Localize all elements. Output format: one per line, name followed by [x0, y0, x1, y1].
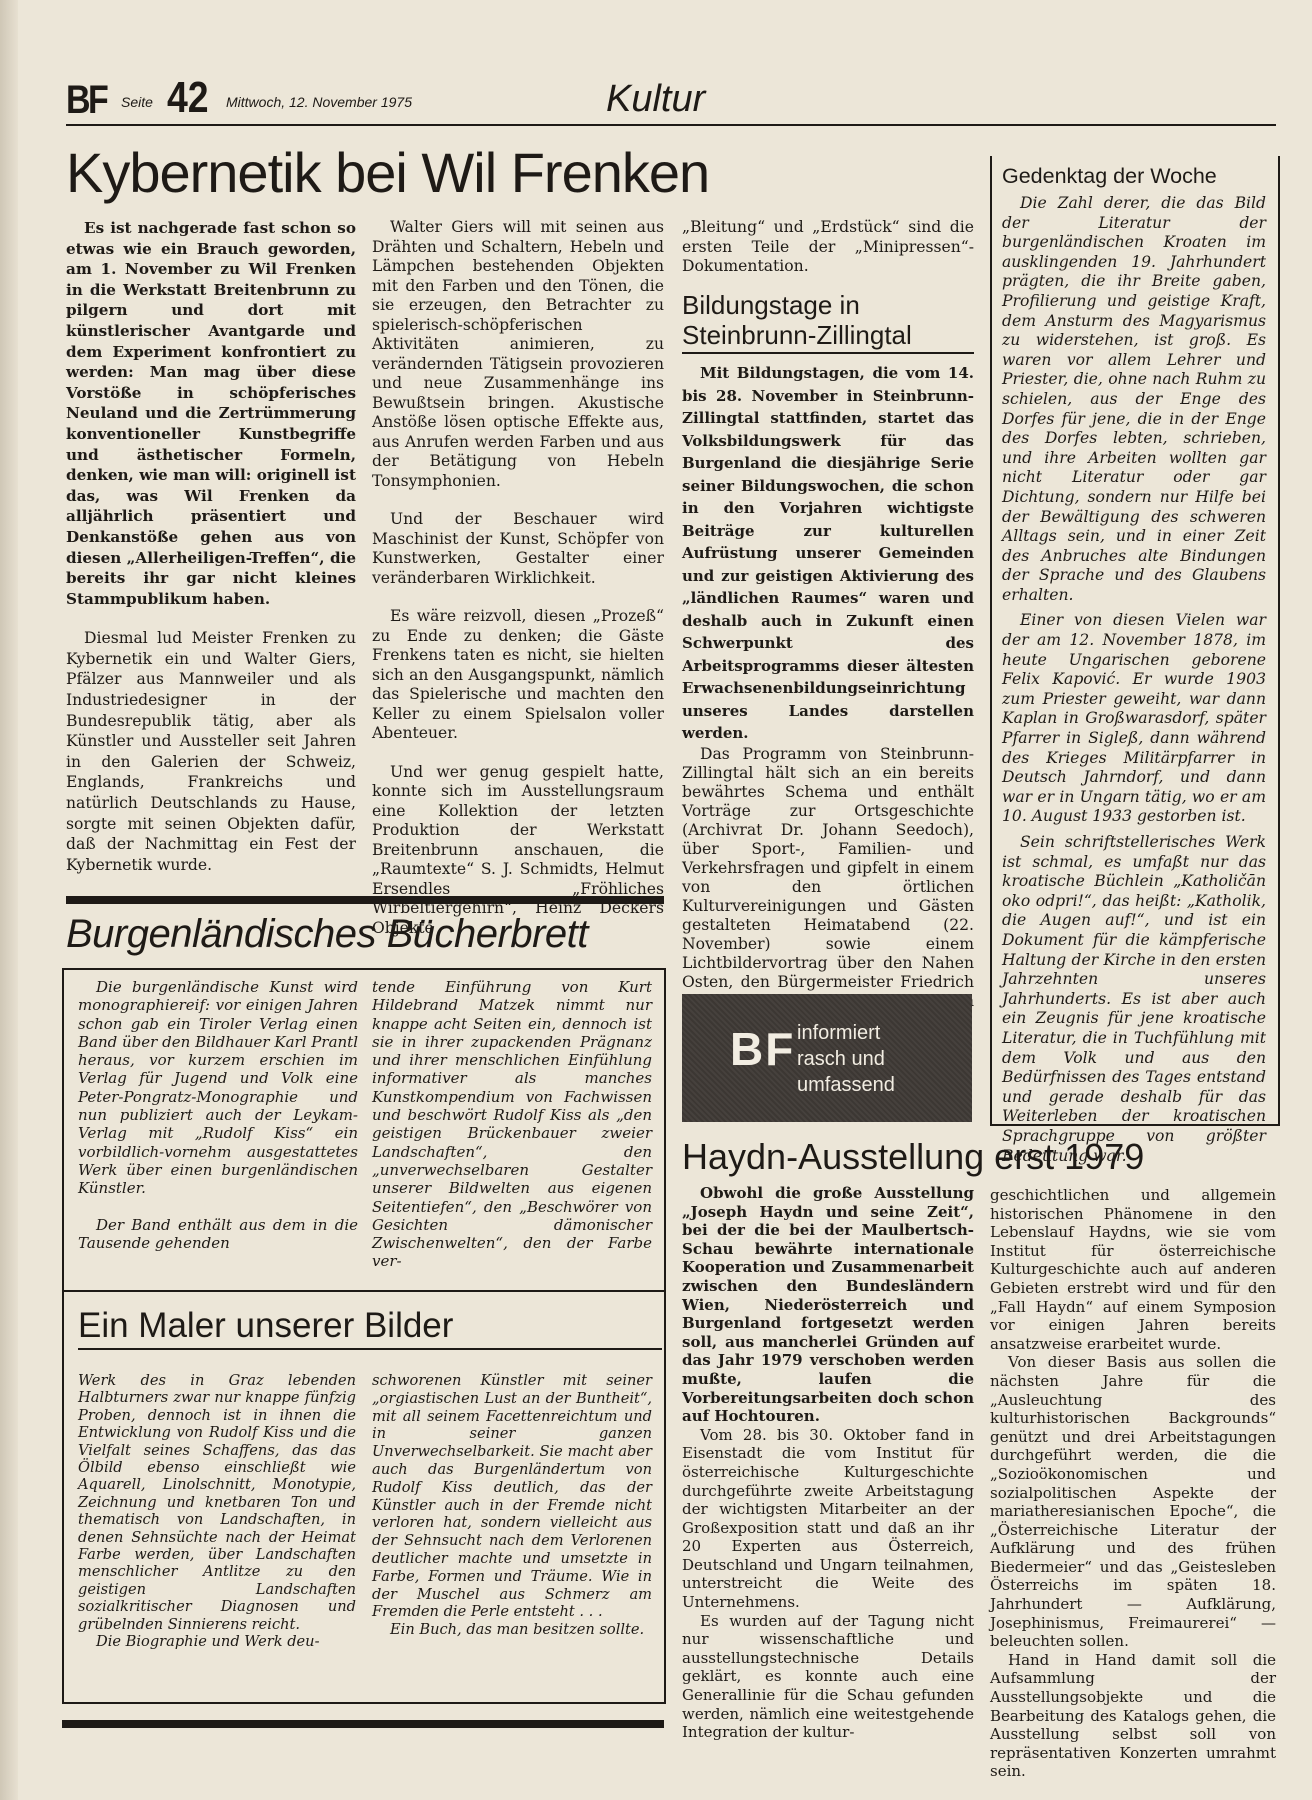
- maler-top-rule: [62, 1290, 664, 1292]
- haydn-lead: Obwohl die große Ausstellung „Joseph Hay…: [682, 1184, 974, 1426]
- kybernetik-paragraph: Und der Beschauer wird Maschinist der Ku…: [372, 510, 664, 588]
- gedenktag-paragraph: Die Zahl derer, die das Bild der Literat…: [1002, 194, 1266, 605]
- kybernetik-column-3: „Bleitung“ und „Erdstück“ sind die erste…: [682, 218, 974, 277]
- headline-gedenktag: Gedenktag der Woche: [1002, 164, 1217, 189]
- maler-headline-rule: [78, 1348, 662, 1350]
- bildungstage-paragraph: Das Programm von Steinbrunn-Zillingtal h…: [682, 745, 974, 1030]
- advert-text: informiert rasch und umfassend: [797, 1020, 895, 1098]
- advert-line: umfassend: [797, 1072, 895, 1098]
- maler-column-2: schworenen Künstler mit seiner „orgiasti…: [372, 1372, 652, 1639]
- kybernetik-column-2: Walter Giers will mit seinen aus Drähten…: [372, 218, 664, 938]
- issue-date: Mittwoch, 12. November 1975: [226, 94, 412, 110]
- buecherbrett-paragraph: tende Einführung von Kurt Hildebrand Mat…: [372, 978, 652, 1271]
- maler-paragraph: schworenen Künstler mit seiner „orgiasti…: [372, 1372, 652, 1621]
- advert-logo: BF: [730, 1026, 795, 1072]
- haydn-column-1: Obwohl die große Ausstellung „Joseph Hay…: [682, 1184, 974, 1742]
- gedenktag-paragraph: Einer von diesen Vielen war der am 12. N…: [1002, 611, 1266, 827]
- haydn-paragraph: Es wurden auf der Tagung nicht nur wisse…: [682, 1612, 974, 1742]
- bottom-divider-thick: [62, 1720, 664, 1728]
- bildungstage-body: Mit Bildungstagen, die vom 14. bis 28. N…: [682, 362, 974, 1030]
- page-number: 42: [167, 76, 209, 120]
- buecherbrett-paragraph: Die burgenländische Kunst wird monograph…: [78, 978, 358, 1198]
- gedenktag-body: Die Zahl derer, die das Bild der Literat…: [1002, 194, 1266, 1166]
- haydn-paragraph: geschichtlichen und allgemein historisch…: [990, 1186, 1276, 1353]
- section-title: Kultur: [606, 78, 705, 121]
- headline-buecherbrett: Burgenländisches Bücherbrett: [66, 912, 588, 957]
- maler-paragraph: Ein Buch, das man besitzen sollte.: [372, 1621, 652, 1639]
- advert-line: rasch und: [797, 1046, 895, 1072]
- haydn-paragraph: Hand in Hand damit soll die Aufsammlung …: [990, 1651, 1276, 1781]
- headline-bildungstage-line2: Steinbrunn-Zillingtal: [682, 320, 974, 350]
- page-edge: [0, 0, 18, 1800]
- buecherbrett-column-2: tende Einführung von Kurt Hildebrand Mat…: [372, 978, 652, 1271]
- headline-bildungstage: Bildungstage in Steinbrunn-Zillingtal: [682, 290, 974, 350]
- kybernetik-lead: Es ist nachgerade fast schon so etwas wi…: [66, 218, 356, 609]
- masthead-logo: BF: [66, 80, 106, 120]
- headline-kybernetik: Kybernetik bei Wil Frenken: [66, 140, 709, 205]
- headline-maler: Ein Maler unserer Bilder: [78, 1306, 453, 1346]
- haydn-paragraph: Von dieser Basis aus sollen die nächsten…: [990, 1353, 1276, 1651]
- haydn-column-2: geschichtlichen und allgemein historisch…: [990, 1186, 1276, 1781]
- kybernetik-column-1: Es ist nachgerade fast schon so etwas wi…: [66, 218, 356, 875]
- gedenktag-paragraph: Sein schriftstellerisches Werk ist schma…: [1002, 833, 1266, 1166]
- bildungstage-rule: [682, 352, 974, 354]
- bildungstage-lead: Mit Bildungstagen, die vom 14. bis 28. N…: [682, 362, 974, 745]
- kybernetik-paragraph: Walter Giers will mit seinen aus Drähten…: [372, 218, 664, 491]
- buecherbrett-column-1: Die burgenländische Kunst wird monograph…: [78, 978, 358, 1252]
- maler-paragraph: Die Biographie und Werk deu-: [78, 1633, 356, 1650]
- haydn-paragraph: Vom 28. bis 30. Oktober fand in Eisensta…: [682, 1426, 974, 1612]
- masthead: BF Seite 42 Mittwoch, 12. November 1975 …: [66, 78, 1276, 126]
- masthead-seite-label: Seite: [121, 94, 153, 110]
- maler-paragraph: Werk des in Graz lebenden Halbturners zw…: [78, 1372, 356, 1633]
- masthead-rule: [66, 124, 1276, 126]
- kybernetik-paragraph: Diesmal lud Meister Frenken zu Kyberneti…: [66, 628, 356, 875]
- maler-column-1: Werk des in Graz lebenden Halbturners zw…: [78, 1372, 356, 1651]
- buecherbrett-paragraph: Der Band enthält aus dem in die Tausende…: [78, 1216, 358, 1253]
- bf-advert: BF informiert rasch und umfassend: [682, 994, 972, 1122]
- section-divider-thick: [66, 896, 664, 904]
- headline-bildungstage-line1: Bildungstage in: [682, 290, 974, 320]
- advert-line: informiert: [797, 1020, 895, 1046]
- headline-haydn: Haydn-Ausstellung erst 1979: [682, 1136, 1144, 1178]
- kybernetik-paragraph: „Bleitung“ und „Erdstück“ sind die erste…: [682, 218, 974, 277]
- maler-bottom-rule: [62, 1702, 664, 1704]
- kybernetik-paragraph: Es wäre reizvoll, diesen „Prozeß“ zu End…: [372, 607, 664, 744]
